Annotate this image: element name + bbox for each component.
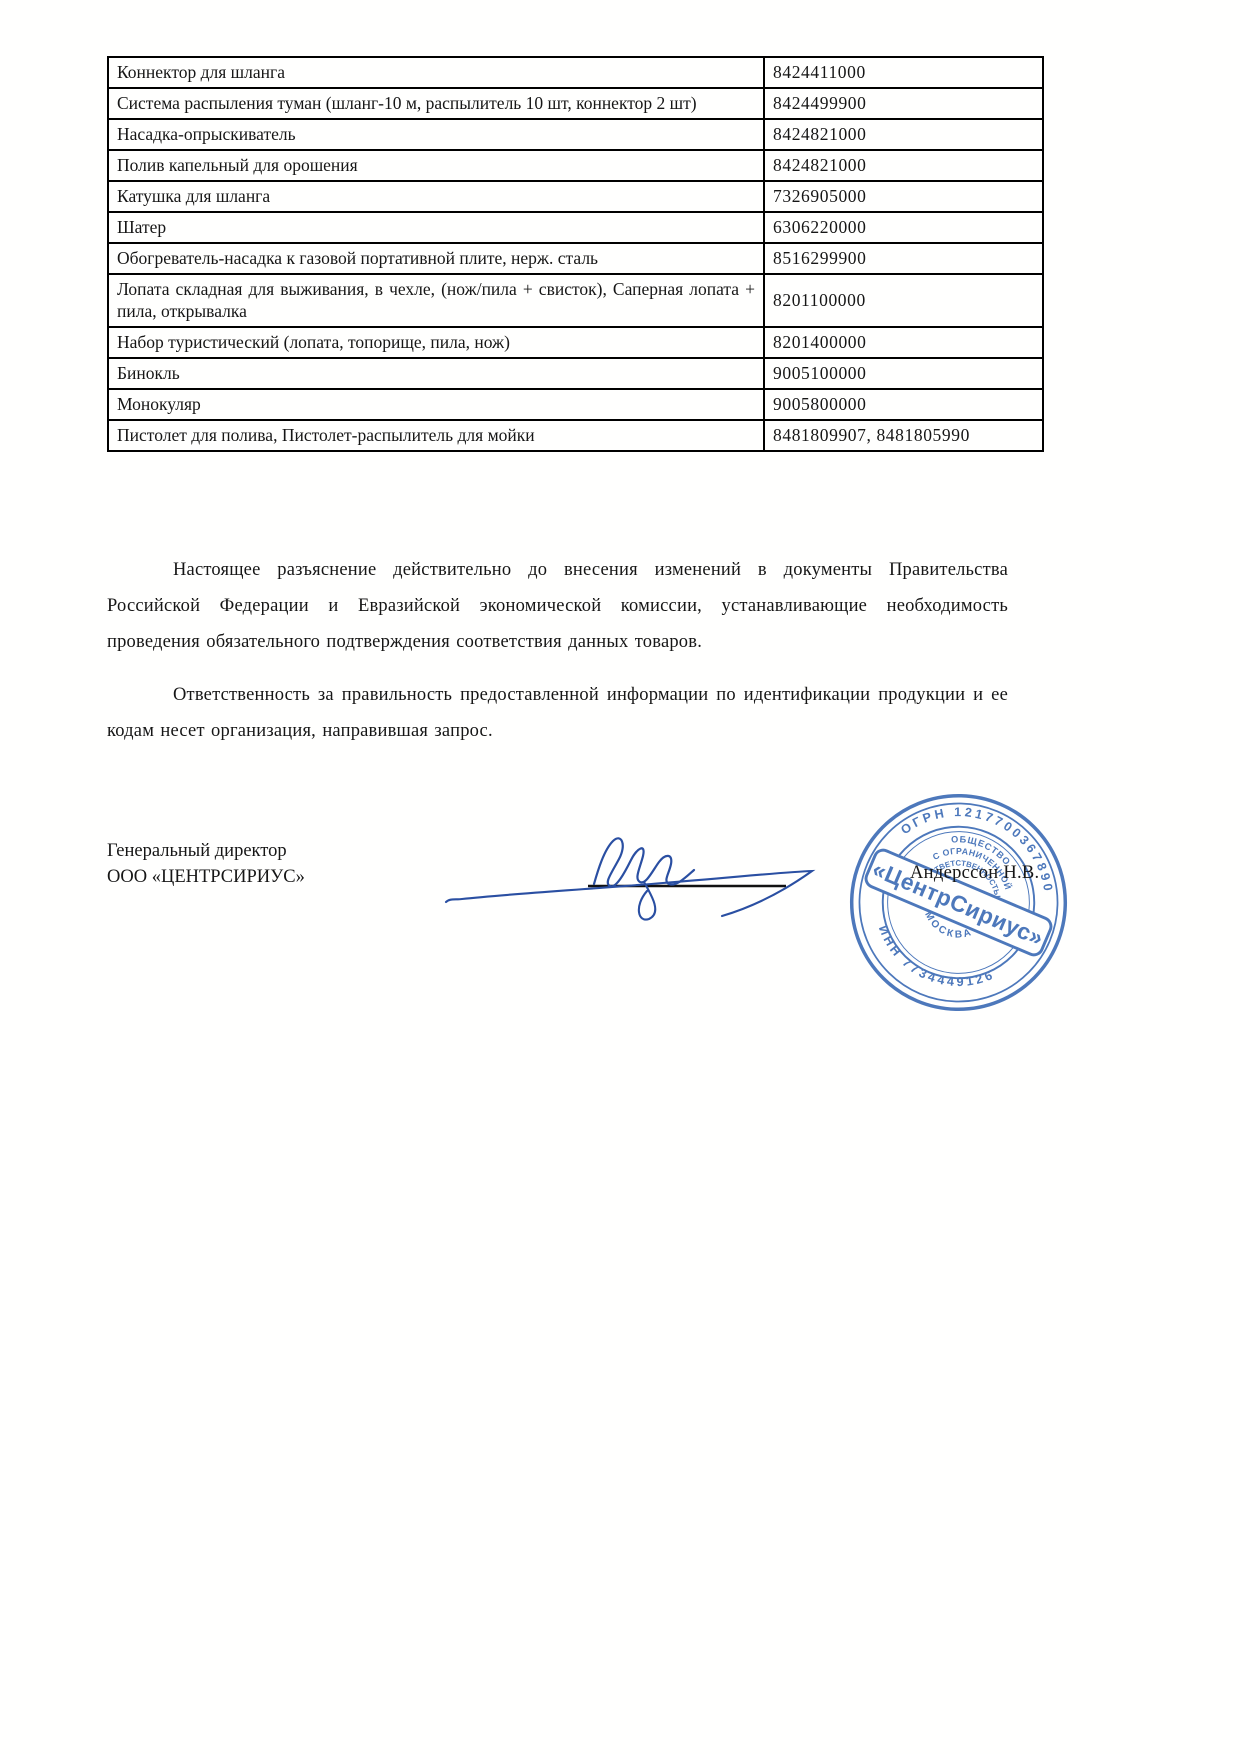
signature-block: Генеральный директор ООО «ЦЕНТРСИРИУС» — [107, 838, 305, 890]
item-name-cell: Бинокль — [108, 358, 764, 389]
item-name-cell: Полив капельный для орошения — [108, 150, 764, 181]
table-row: Обогреватель-насадка к газовой портативн… — [108, 243, 1043, 274]
item-name-cell: Коннектор для шланга — [108, 57, 764, 88]
table-row: Система распыления туман (шланг-10 м, ра… — [108, 88, 1043, 119]
signature-scrawl — [594, 838, 694, 886]
table-row: Катушка для шланга7326905000 — [108, 181, 1043, 212]
item-code-cell: 8424411000 — [764, 57, 1043, 88]
table-row: Монокуляр9005800000 — [108, 389, 1043, 420]
item-name-cell: Шатер — [108, 212, 764, 243]
table-row: Коннектор для шланга8424411000 — [108, 57, 1043, 88]
item-code-cell: 8424821000 — [764, 119, 1043, 150]
item-code-cell: 6306220000 — [764, 212, 1043, 243]
item-code-cell: 9005800000 — [764, 389, 1043, 420]
item-name-cell: Насадка-опрыскиватель — [108, 119, 764, 150]
validity-paragraph: Настоящее разъяснение действительно до в… — [107, 552, 1008, 660]
signer-role: Генеральный директор — [107, 838, 305, 864]
table-row: Шатер6306220000 — [108, 212, 1043, 243]
customs-codes-table-body: Коннектор для шланга8424411000Система ра… — [108, 57, 1043, 451]
item-code-cell: 7326905000 — [764, 181, 1043, 212]
handwritten-signature — [438, 820, 833, 928]
item-name-cell: Обогреватель-насадка к газовой портативн… — [108, 243, 764, 274]
item-name-cell: Монокуляр — [108, 389, 764, 420]
responsibility-paragraph: Ответственность за правильность предоста… — [107, 677, 1008, 749]
table-row: Набор туристический (лопата, топорище, п… — [108, 327, 1043, 358]
table-row: Пистолет для полива, Пистолет-распылител… — [108, 420, 1043, 451]
company-stamp: ОГРН 1217700367890 ИНН 7734449126 ОБЩЕСТ… — [806, 750, 1112, 1056]
item-code-cell: 8201400000 — [764, 327, 1043, 358]
item-code-cell: 8516299900 — [764, 243, 1043, 274]
item-code-cell: 8201100000 — [764, 274, 1043, 327]
item-code-cell: 9005100000 — [764, 358, 1043, 389]
signature-descender — [639, 882, 655, 920]
item-name-cell: Система распыления туман (шланг-10 м, ра… — [108, 88, 764, 119]
document-page: Коннектор для шланга8424411000Система ра… — [0, 0, 1240, 1754]
table-row: Полив капельный для орошения8424821000 — [108, 150, 1043, 181]
item-name-cell: Катушка для шланга — [108, 181, 764, 212]
signature-flourish — [446, 871, 812, 916]
item-name-cell: Лопата складная для выживания, в чехле, … — [108, 274, 764, 327]
table-row: Насадка-опрыскиватель8424821000 — [108, 119, 1043, 150]
item-code-cell: 8424821000 — [764, 150, 1043, 181]
customs-codes-table: Коннектор для шланга8424411000Система ра… — [107, 56, 1044, 452]
signer-company: ООО «ЦЕНТРСИРИУС» — [107, 864, 305, 890]
table-row: Бинокль9005100000 — [108, 358, 1043, 389]
item-code-cell: 8481809907, 8481805990 — [764, 420, 1043, 451]
item-name-cell: Набор туристический (лопата, топорище, п… — [108, 327, 764, 358]
table-row: Лопата складная для выживания, в чехле, … — [108, 274, 1043, 327]
item-code-cell: 8424499900 — [764, 88, 1043, 119]
signer-name: Андерссон Н.В. — [910, 863, 1039, 884]
item-name-cell: Пистолет для полива, Пистолет-распылител… — [108, 420, 764, 451]
